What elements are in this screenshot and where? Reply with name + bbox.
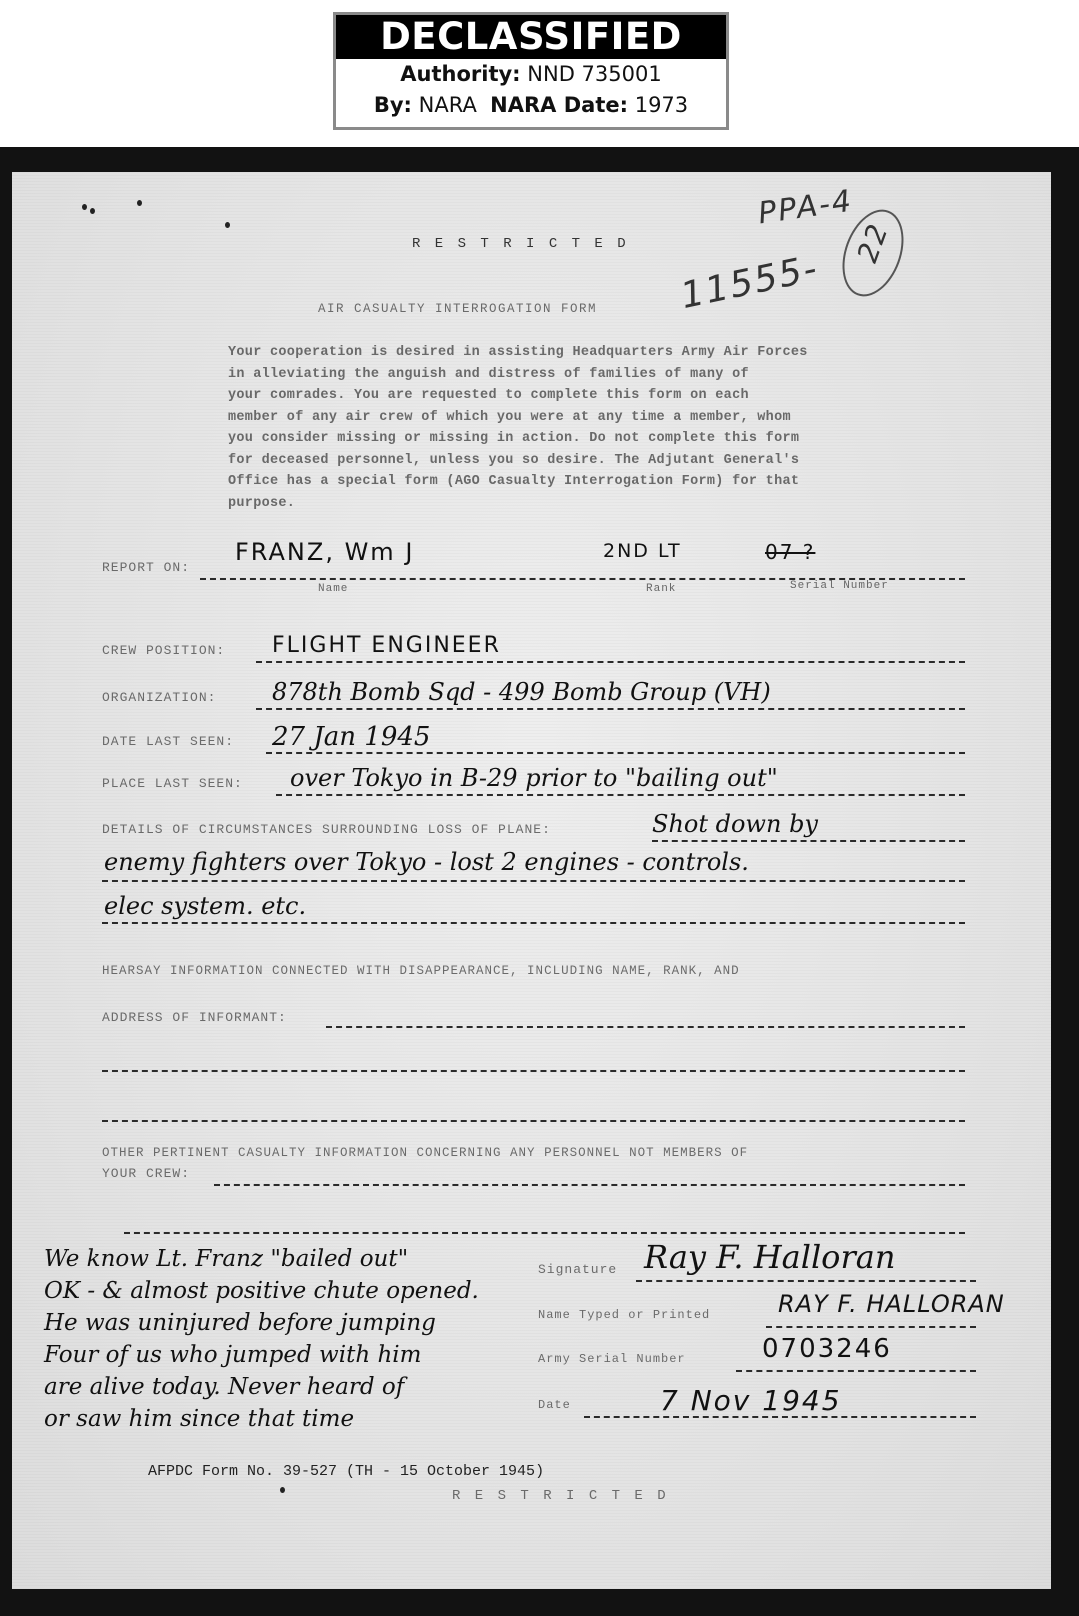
other-label-line-1: OTHER PERTINENT CASUALTY INFORMATION CON… [102, 1146, 748, 1160]
date-label: Date [538, 1398, 571, 1412]
form-number: AFPDC Form No. 39-527 (TH - 15 October 1… [148, 1463, 544, 1480]
intro-line: purpose. [228, 493, 948, 515]
ink-speck [225, 222, 230, 228]
hearsay-label-line-2: ADDRESS OF INFORMANT: [102, 1010, 287, 1025]
hearsay-label-line-1: HEARSAY INFORMATION CONNECTED WITH DISAP… [102, 964, 740, 978]
authority-line: Authority: NND 735001 [336, 59, 726, 90]
declassified-stamp: DECLASSIFIED Authority: NND 735001 By: N… [333, 12, 729, 130]
name-caption: Name [318, 583, 348, 595]
ink-speck [82, 204, 87, 210]
hearsay-line-1 [326, 1026, 965, 1028]
note-line: Four of us who jumped with him [44, 1339, 514, 1371]
intro-line: your comrades. You are requested to comp… [228, 385, 948, 407]
other-line-2 [124, 1232, 965, 1234]
form-title: AIR CASUALTY INTERROGATION FORM [318, 302, 597, 316]
details-line-2 [102, 880, 965, 882]
organization-label: ORGANIZATION: [102, 690, 216, 705]
name-typed-value[interactable]: RAY F. HALLORAN [778, 1290, 1005, 1318]
place-last-seen-label: PLACE LAST SEEN: [102, 776, 243, 791]
other-line-1 [214, 1184, 965, 1186]
intro-line: member of any air crew of which you were… [228, 407, 948, 429]
report-on-serial[interactable]: 07 ? [765, 540, 815, 564]
date-value[interactable]: 7 Nov 1945 [660, 1384, 842, 1417]
details-line-1 [652, 840, 965, 842]
report-on-label: REPORT ON: [102, 560, 190, 575]
ink-speck [280, 1487, 285, 1493]
crew-position-value[interactable]: FLIGHT ENGINEER [272, 633, 501, 658]
note-line: are alive today. Never heard of [44, 1371, 514, 1403]
place-last-seen-value[interactable]: over Tokyo in B-29 prior to "bailing out… [290, 764, 778, 792]
ink-speck [137, 200, 142, 206]
hearsay-line-3 [102, 1120, 965, 1122]
by-label: By: [374, 93, 412, 117]
note-line: He was uninjured before jumping [44, 1307, 514, 1339]
details-value-line-1[interactable]: Shot down by [652, 810, 818, 838]
classification-bottom: R E S T R I C T E D [452, 1488, 669, 1504]
intro-line: you consider missing or missing in actio… [228, 428, 948, 450]
date-last-seen-line [266, 752, 965, 754]
rank-caption: Rank [646, 583, 676, 595]
serial-caption: Serial Number [790, 580, 889, 592]
nara-date-value: 1973 [635, 93, 688, 117]
place-last-seen-line [276, 794, 965, 796]
nara-date-label: NARA Date: [490, 93, 628, 117]
details-label: DETAILS OF CIRCUMSTANCES SURROUNDING LOS… [102, 822, 551, 837]
army-serial-line [736, 1370, 976, 1372]
declassified-title: DECLASSIFIED [336, 15, 726, 59]
signature-label: Signature [538, 1262, 617, 1277]
classification-top: R E S T R I C T E D [412, 236, 629, 252]
army-serial-label: Army Serial Number [538, 1352, 686, 1366]
army-serial-value[interactable]: 0703246 [762, 1334, 892, 1364]
crew-position-line [256, 661, 965, 663]
note-line: OK - & almost positive chute opened. [44, 1275, 514, 1307]
intro-line: in alleviating the anguish and distress … [228, 364, 948, 386]
note-line: We know Lt. Franz "bailed out" [44, 1243, 514, 1275]
hearsay-line-2 [102, 1070, 965, 1072]
by-value: NARA [419, 93, 477, 117]
details-value-line-3[interactable]: elec system. etc. [104, 892, 306, 920]
other-label-line-2: YOUR CREW: [102, 1166, 190, 1181]
by-line: By: NARA NARA Date: 1973 [336, 90, 726, 121]
authority-value: NND 735001 [527, 62, 661, 86]
ink-speck [90, 208, 95, 214]
report-on-rank[interactable]: 2ND LT [603, 540, 682, 562]
intro-line: for deceased personnel, unless you so de… [228, 450, 948, 472]
authority-label: Authority: [400, 62, 520, 86]
report-on-name[interactable]: FRANZ, Wm J [235, 538, 414, 566]
crew-position-label: CREW POSITION: [102, 643, 225, 658]
note-line: or saw him since that time [44, 1403, 514, 1435]
intro-paragraph: Your cooperation is desired in assisting… [228, 342, 948, 514]
details-value-line-2[interactable]: enemy fighters over Tokyo - lost 2 engin… [104, 848, 749, 876]
handwritten-note: We know Lt. Franz "bailed out" OK - & al… [44, 1243, 514, 1435]
signature-value[interactable]: Ray F. Halloran [644, 1238, 895, 1276]
intro-line: Office has a special form (AGO Casualty … [228, 471, 948, 493]
name-typed-label: Name Typed or Printed [538, 1308, 710, 1322]
details-line-3 [102, 922, 965, 924]
name-typed-line [766, 1326, 976, 1328]
signature-line [636, 1280, 976, 1282]
intro-line: Your cooperation is desired in assisting… [228, 342, 948, 364]
date-last-seen-label: DATE LAST SEEN: [102, 734, 234, 749]
organization-value[interactable]: 878th Bomb Sqd - 499 Bomb Group (VH) [272, 678, 771, 706]
organization-line [256, 708, 965, 710]
date-last-seen-value[interactable]: 27 Jan 1945 [272, 722, 430, 752]
